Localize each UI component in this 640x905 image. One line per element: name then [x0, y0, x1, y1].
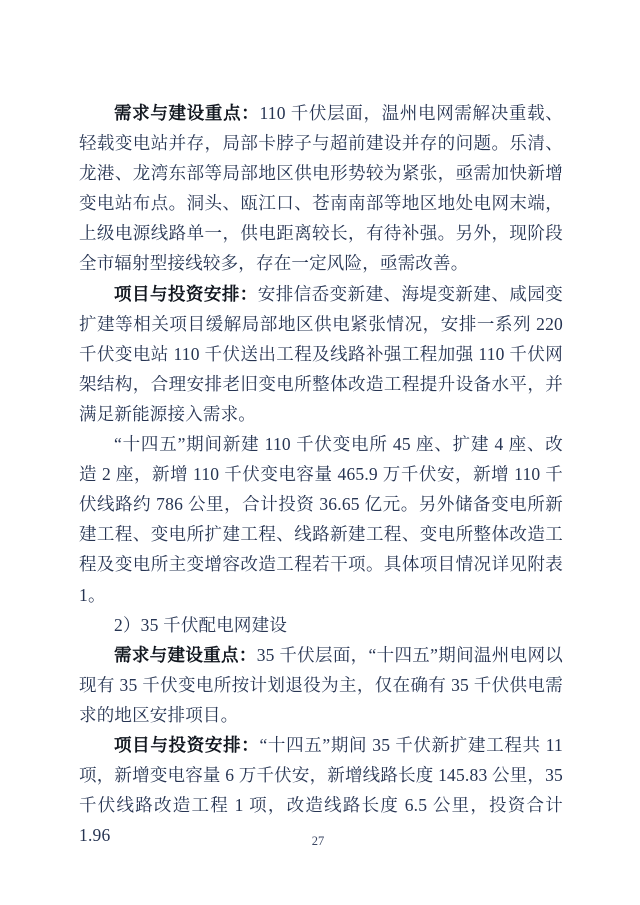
- paragraph-demand-35kv: 需求与建设重点：35 千伏层面，“十四五”期间温州电网以现有 35 千伏变电所按…: [79, 640, 563, 730]
- section-heading-35kv: 2）35 千伏配电网建设: [79, 610, 563, 640]
- paragraph-text: 安排信岙变新建、海堤变新建、咸园变扩建等相关项目缓解局部地区供电紧张情况，安排一…: [79, 284, 563, 424]
- paragraph-lead-label: 需求与建设重点：: [114, 645, 257, 665]
- paragraph-demand-110kv: 需求与建设重点：110 千伏层面，温州电网需解决重载、轻载变电站并存，局部卡脖子…: [79, 98, 563, 279]
- paragraph-projects-110kv: 项目与投资安排：安排信岙变新建、海堤变新建、咸园变扩建等相关项目缓解局部地区供电…: [79, 279, 563, 429]
- paragraph-text: 110 千伏层面，温州电网需解决重载、轻载变电站并存，局部卡脖子与超前建设并存的…: [79, 103, 563, 273]
- paragraph-lead-label: 需求与建设重点：: [114, 103, 259, 123]
- paragraph-text: 2）35 千伏配电网建设: [114, 615, 287, 635]
- paragraph-lead-label: 项目与投资安排：: [114, 735, 259, 755]
- paragraph-lead-label: 项目与投资安排：: [114, 284, 258, 304]
- page-body: 需求与建设重点：110 千伏层面，温州电网需解决重载、轻载变电站并存，局部卡脖子…: [79, 98, 563, 850]
- document-page: 需求与建设重点：110 千伏层面，温州电网需解决重载、轻载变电站并存，局部卡脖子…: [0, 0, 640, 905]
- page-number: 27: [0, 834, 636, 849]
- paragraph-projects-35kv: 项目与投资安排：“十四五”期间 35 千伏新扩建工程共 11 项，新增变电容量 …: [79, 730, 563, 850]
- paragraph-text: “十四五”期间新建 110 千伏变电所 45 座、扩建 4 座、改造 2 座，新…: [79, 434, 563, 604]
- paragraph-plan-stats-110kv: “十四五”期间新建 110 千伏变电所 45 座、扩建 4 座、改造 2 座，新…: [79, 429, 563, 610]
